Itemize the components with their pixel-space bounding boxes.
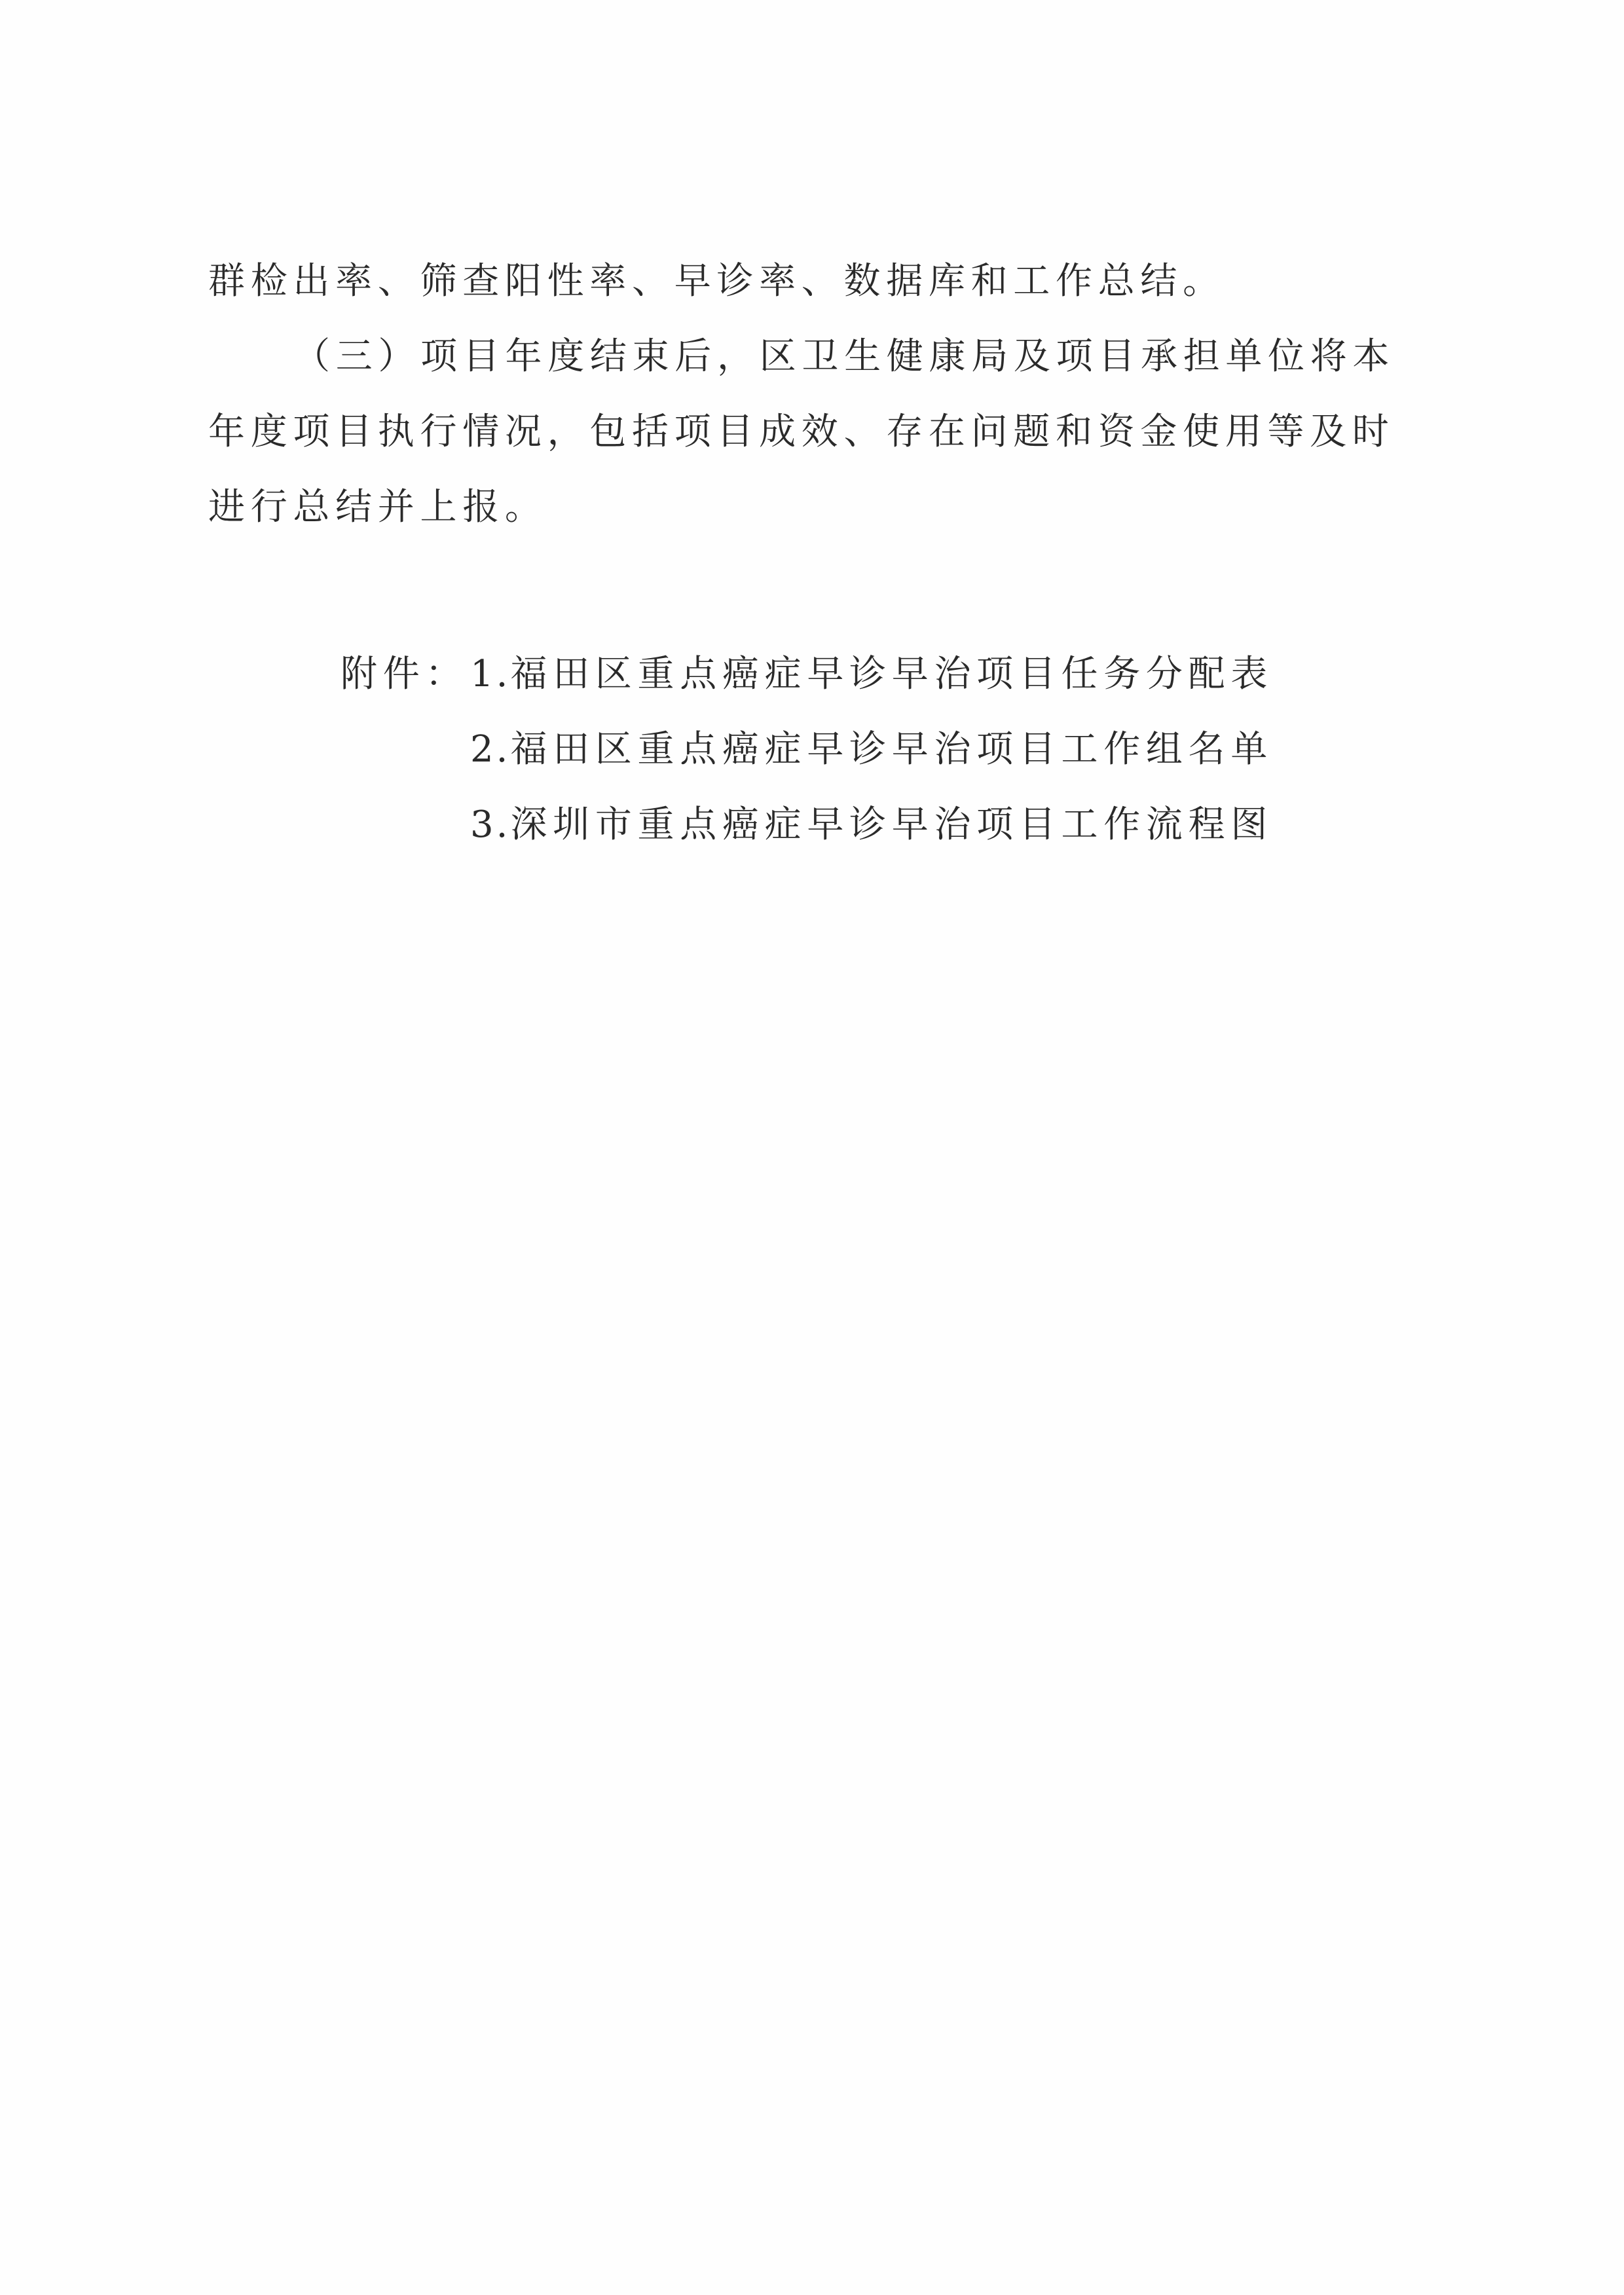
document-page: 群检出率、筛查阳性率、早诊率、数据库和工作总结。 （三）项目年度结束后，区卫生健… [0, 0, 1624, 2295]
attachment-title: 福田区重点癌症早诊早治项目任务分配表 [510, 653, 1273, 695]
attachment-item: 1.福田区重点癌症早诊早治项目任务分配表 [470, 652, 1273, 697]
paragraph-three-line-1: （三）项目年度结束后，区卫生健康局及项目承担单位将本 [293, 334, 1524, 380]
paragraph-three-line-2: 年度项目执行情况，包括项目成效、存在问题和资金使用等及时 [208, 409, 1439, 455]
attachment-item: 3.深圳市重点癌症早诊早治项目工作流程图 [470, 802, 1273, 848]
attachment-number: 1. [470, 653, 510, 695]
paragraph-continuation-line: 群检出率、筛查阳性率、早诊率、数据库和工作总结。 [208, 259, 1439, 304]
paragraph-three-line-3: 进行总结并上报。 [208, 485, 1439, 530]
attachments-label: 附件： [341, 652, 468, 697]
attachment-title: 深圳市重点癌症早诊早治项目工作流程图 [510, 803, 1273, 846]
attachment-number: 3. [470, 803, 510, 846]
attachment-title: 福田区重点癌症早诊早治项目工作组名单 [510, 728, 1273, 771]
attachment-item: 2.福田区重点癌症早诊早治项目工作组名单 [470, 727, 1273, 773]
attachment-number: 2. [470, 728, 510, 771]
